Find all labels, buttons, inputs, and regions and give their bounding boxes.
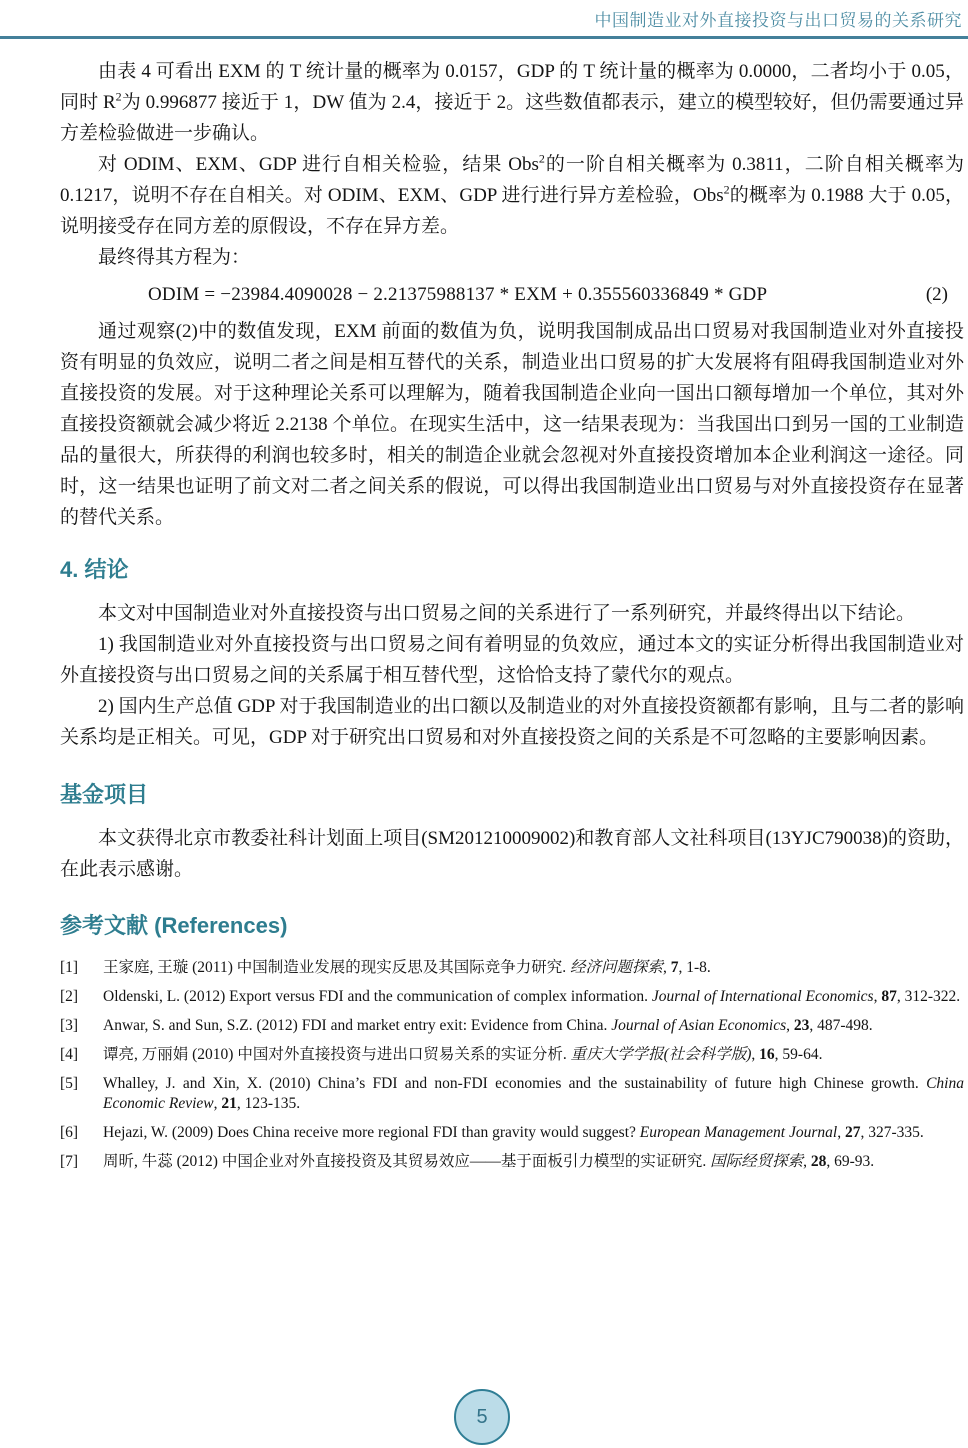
reference-number: [3] <box>60 1016 78 1036</box>
page-number: 5 <box>476 1406 487 1429</box>
reference-pages: , 487-498. <box>809 1017 872 1034</box>
reference-text: Oldenski, L. (2012) Export versus FDI an… <box>103 988 652 1005</box>
reference-journal: 经济问题探索 <box>570 959 663 976</box>
reference-separator: , <box>751 1046 759 1063</box>
reference-item: [3]Anwar, S. and Sun, S.Z. (2012) FDI an… <box>60 1016 964 1036</box>
reference-text: Anwar, S. and Sun, S.Z. (2012) FDI and m… <box>103 1017 611 1034</box>
reference-text: 谭亮, 万丽娟 (2010) 中国对外直接投资与进出口贸易关系的实证分析. <box>103 1046 571 1063</box>
reference-number: [6] <box>60 1123 78 1143</box>
section-heading-references: 参考文献 (References) <box>60 911 964 941</box>
reference-text: Whalley, J. and Xin, X. (2010) China’s F… <box>103 1075 926 1092</box>
conclusion-point-2: 2) 国内生产总值 GDP 对于我国制造业的出口额以及制造业的对外直接投资额都有… <box>60 691 964 753</box>
reference-text: 周昕, 牛蕊 (2012) 中国企业对外直接投资及其贸易效应——基于面板引力模型… <box>103 1153 710 1170</box>
reference-journal: 国际经贸探索 <box>710 1153 803 1170</box>
paragraph-text: 对 ODIM、EXM、GDP 进行自相关检验，结果 Obs <box>98 154 539 175</box>
reference-pages: , 69-93. <box>826 1153 874 1170</box>
reference-pages: , 1-8. <box>679 959 711 976</box>
reference-text: Hejazi, W. (2009) Does China receive mor… <box>103 1124 640 1141</box>
equation-intro: 最终得其方程为： <box>60 242 964 273</box>
reference-text: 王家庭, 王璇 (2011) 中国制造业发展的现实反思及其国际竞争力研究. <box>103 959 570 976</box>
equation-body: ODIM = −23984.4090028 − 2.21375988137 * … <box>148 280 926 310</box>
reference-volume: 27 <box>845 1124 861 1141</box>
reference-volume: 7 <box>671 959 679 976</box>
reference-item: [1]王家庭, 王璇 (2011) 中国制造业发展的现实反思及其国际竞争力研究.… <box>60 958 964 978</box>
reference-item: [6]Hejazi, W. (2009) Does China receive … <box>60 1123 964 1143</box>
reference-pages: , 312-322. <box>897 988 960 1005</box>
page-number-badge: 5 <box>454 1389 510 1445</box>
paragraph-text: 为 0.996877 接近于 1，DW 值为 2.4，接近于 2。这些数值都表示… <box>60 92 964 144</box>
funding-acknowledgement: 本文获得北京市教委社科计划面上项目(SM201210009002)和教育部人文社… <box>60 823 964 885</box>
equation-number: (2) <box>926 280 964 310</box>
reference-pages: , 327-335. <box>860 1124 923 1141</box>
reference-item: [5]Whalley, J. and Xin, X. (2010) China’… <box>60 1074 964 1114</box>
section-heading-conclusion: 4. 结论 <box>60 555 964 585</box>
reference-item: [2]Oldenski, L. (2012) Export versus FDI… <box>60 987 964 1007</box>
reference-number: [1] <box>60 958 78 978</box>
paragraph-model-fit: 由表 4 可看出 EXM 的 T 统计量的概率为 0.0157，GDP 的 T … <box>60 56 964 149</box>
reference-number: [5] <box>60 1074 78 1094</box>
paragraph-autocorrelation-test: 对 ODIM、EXM、GDP 进行自相关检验，结果 Obs2的一阶自相关概率为 … <box>60 149 964 242</box>
conclusion-intro: 本文对中国制造业对外直接投资与出口贸易之间的关系进行了一系列研究，并最终得出以下… <box>60 598 964 629</box>
reference-journal: Journal of Asian Economics <box>611 1017 786 1034</box>
reference-journal: European Management Journal <box>640 1124 837 1141</box>
reference-item: [7]周昕, 牛蕊 (2012) 中国企业对外直接投资及其贸易效应——基于面板引… <box>60 1152 964 1172</box>
reference-volume: 28 <box>811 1153 827 1170</box>
header-divider <box>0 36 968 39</box>
reference-number: [2] <box>60 987 78 1007</box>
reference-volume: 16 <box>759 1046 775 1063</box>
reference-item: [4]谭亮, 万丽娟 (2010) 中国对外直接投资与进出口贸易关系的实证分析.… <box>60 1045 964 1065</box>
reference-number: [4] <box>60 1045 78 1065</box>
reference-number: [7] <box>60 1152 78 1172</box>
reference-pages: , 123-135. <box>237 1095 300 1112</box>
reference-separator: , <box>803 1153 811 1170</box>
equation-row: ODIM = −23984.4090028 − 2.21375988137 * … <box>60 280 964 310</box>
reference-volume: 23 <box>794 1017 810 1034</box>
reference-separator: , <box>663 959 671 976</box>
reference-journal: Journal of International Economics <box>652 988 874 1005</box>
reference-pages: , 59-64. <box>775 1046 823 1063</box>
reference-journal: 重庆大学学报(社会科学版) <box>571 1046 752 1063</box>
paper-page: 中国制造业对外直接投资与出口贸易的关系研究 由表 4 可看出 EXM 的 T 统… <box>0 0 968 1448</box>
reference-separator: , <box>786 1017 794 1034</box>
section-heading-funding: 基金项目 <box>60 780 964 810</box>
reference-volume: 87 <box>881 988 897 1005</box>
paragraph-interpretation: 通过观察(2)中的数值发现，EXM 前面的数值为负，说明我国制成品出口贸易对我国… <box>60 316 964 533</box>
page-content: 由表 4 可看出 EXM 的 T 统计量的概率为 0.0157，GDP 的 T … <box>60 56 964 1181</box>
reference-separator: , <box>837 1124 845 1141</box>
conclusion-point-1: 1) 我国制造业对外直接投资与出口贸易之间有着明显的负效应，通过本文的实证分析得… <box>60 629 964 691</box>
reference-volume: 21 <box>221 1095 237 1112</box>
running-head-title: 中国制造业对外直接投资与出口贸易的关系研究 <box>595 6 963 31</box>
